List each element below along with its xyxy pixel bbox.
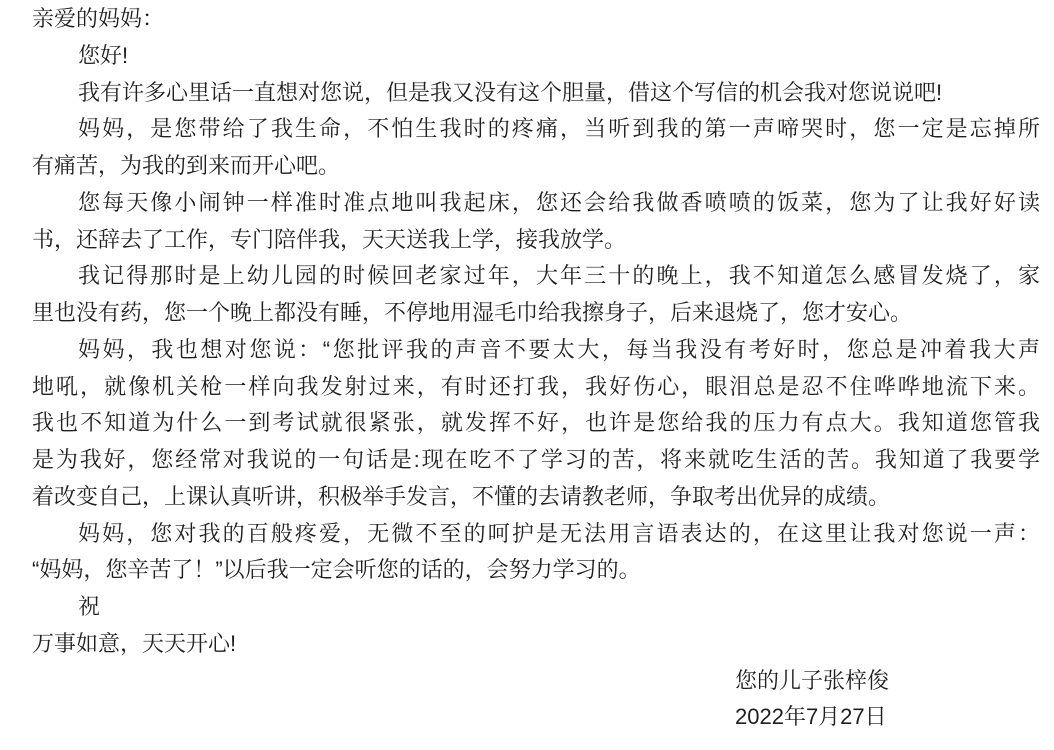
exam-paragraph-line-3: 我也不知道为什么一到考试就很紧张，就发挥不好，也许是您给我的压力有点大。我知道您…	[32, 405, 1040, 442]
care-paragraph-line-2: 书，还辞去了工作，专门陪伴我，天天送我上学，接我放学。	[32, 222, 1040, 259]
exam-paragraph-line-4: 是为我好，您经常对我说的一句话是:现在吃不了学习的苦，将来就吃生活的苦。我知道了…	[32, 442, 1040, 479]
birth-paragraph-line-2: 有痛苦，为我的到来而开心吧。	[32, 148, 1040, 185]
exam-paragraph-line-1: 妈妈，我也想对您说：“您批评我的声音不要太大，每当我没有考好时，您总是冲着我大声	[32, 332, 1040, 369]
wish-text-line: 万事如意，天天开心!	[32, 626, 1040, 663]
wish-label-line: 祝	[32, 589, 1040, 626]
thanks-paragraph-line-1: 妈妈，您对我的百般疼爱，无微不至的呵护是无法用言语表达的，在这里让我对您说一声：	[32, 516, 1040, 553]
salutation-line: 亲爱的妈妈：	[32, 1, 1040, 38]
letter-document: 亲爱的妈妈： 您好! 我有许多心里话一直想对您说，但是我又没有这个胆量，借这个写…	[0, 0, 1054, 750]
fever-paragraph-line-1: 我记得那时是上幼儿园的时候回老家过年，大年三十的晚上，我不知道怎么感冒发烧了，家	[32, 258, 1040, 295]
intro-paragraph-line: 我有许多心里话一直想对您说，但是我又没有这个胆量，借这个写信的机会我对您说说吧!	[32, 75, 1040, 112]
care-paragraph-line-1: 您每天像小闹钟一样准时准点地叫我起床，您还会给我做香喷喷的饭菜，您为了让我好好读	[32, 185, 1040, 222]
exam-paragraph-line-5: 着改变自己，上课认真听讲，积极举手发言，不懂的去请教老师，争取考出优异的成绩。	[32, 479, 1040, 516]
fever-paragraph-line-2: 里也没有药，您一个晚上都没有睡，不停地用湿毛巾给我擦身子，后来退烧了，您才安心。	[32, 295, 1040, 332]
birth-paragraph-line-1: 妈妈，是您带给了我生命，不怕生我时的疼痛，当听到我的第一声啼哭时，您一定是忘掉所	[32, 111, 1040, 148]
thanks-paragraph-line-2: “妈妈，您辛苦了！”以后我一定会听您的话的，会努力学习的。	[32, 552, 1040, 589]
greeting-line: 您好!	[32, 38, 1040, 75]
exam-paragraph-line-2: 地吼，就像机关枪一样向我发射过来，有时还打我，我好伤心，眼泪总是忍不住哗哗地流下…	[32, 369, 1040, 406]
signature-date: 2022年7月27日	[735, 699, 1054, 736]
signature-name: 您的儿子张梓俊	[735, 663, 1054, 700]
